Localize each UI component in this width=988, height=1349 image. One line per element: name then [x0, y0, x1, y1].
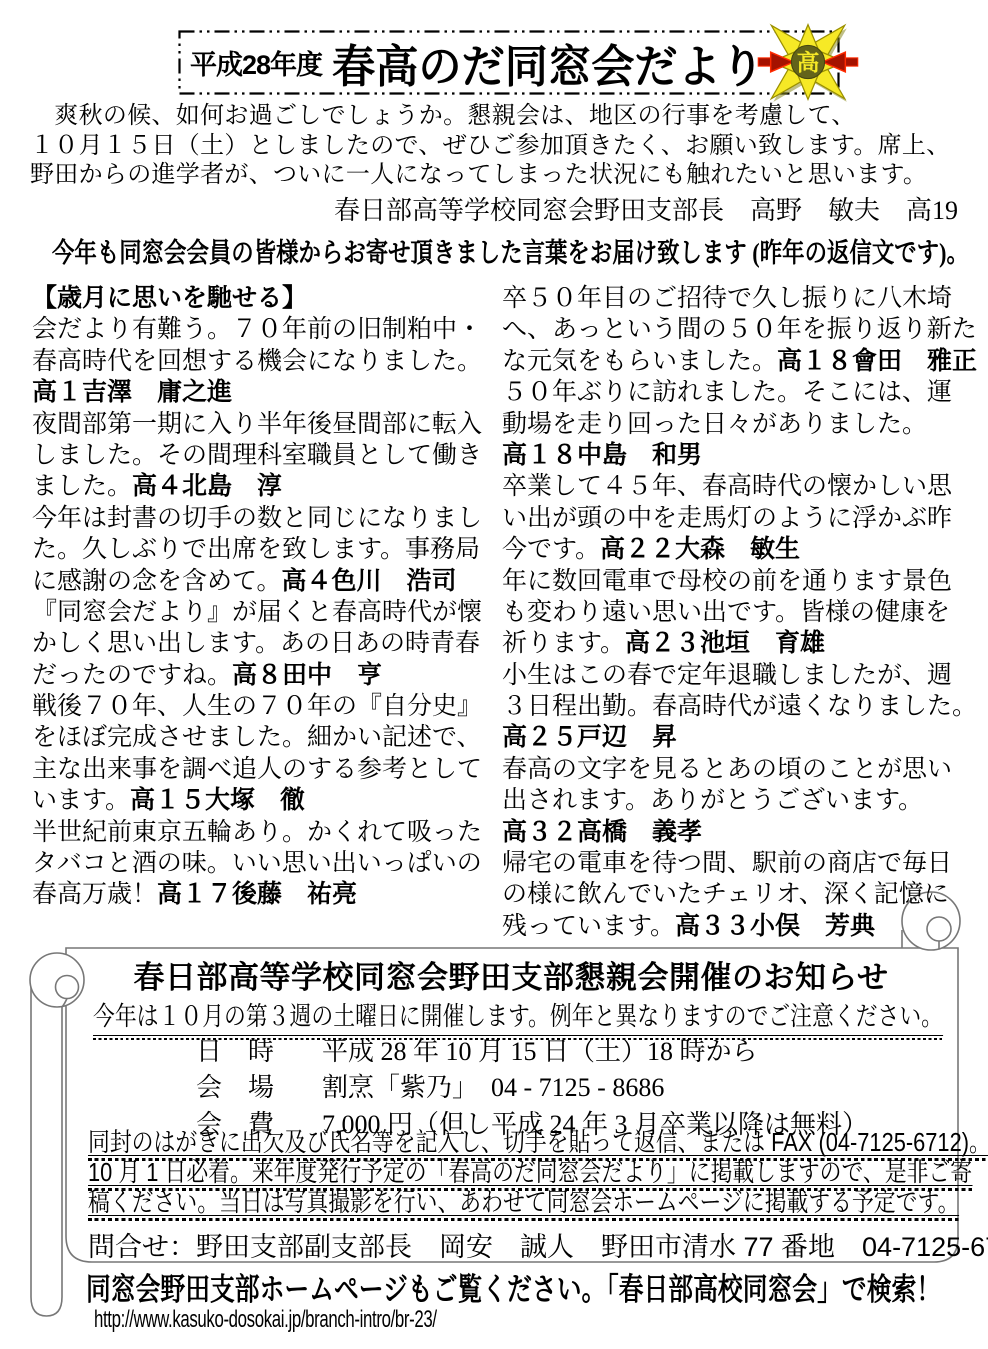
message-text: ３日程出勤。春高時代が遠くなりました。 — [502, 693, 977, 720]
column-line: 夜間部第一期に入り半年後昼間部に転入 — [32, 409, 492, 440]
message-text: ました。 — [32, 473, 132, 500]
reply-instructions: 同封のはがきに出欠及び氏名等を記入し、切手を貼って返信、または FAX (04-… — [88, 1130, 988, 1220]
message-text: た。久しぶりで出席を致します。事務局 — [32, 536, 480, 563]
reply-underlined-text: 10 月 1 日必着。来年度発行予定の「春高のだ同窓会だより」に掲載しますので、… — [88, 1160, 972, 1186]
greeting-line: 野田からの進学者が、ついに一人になってしまった状況にも触れたいと思います。 — [30, 161, 960, 191]
message-text: 主な出来事を調べ追人のする参考として — [32, 756, 482, 783]
signature-line: 春日部高等学校同窓会野田支部長 高野 敏夫 高19 — [30, 190, 958, 227]
column-line: ５０年ぶりに訪れました。そこには、運 — [502, 377, 962, 408]
column-line: かしく思い出します。あの日あの時青春 — [32, 628, 492, 659]
title-box: 平成28年度 春高のだ同窓会だより — [178, 30, 840, 95]
column-line: 祈ります。高２３池垣 育雄 — [502, 628, 962, 659]
column-line: 残っています。高３３小俣 芳典 — [502, 911, 962, 942]
message-text: 帰宅の電車を待つ間、駅前の商店で毎日 — [502, 850, 952, 877]
column-line: も変わり遠い思い出です。皆様の健康を — [502, 597, 962, 628]
scroll-left-curl — [30, 953, 84, 1007]
message-text: の様に飲んでいたチェリオ、深く記憶に — [502, 881, 949, 908]
alumnus-name: 高２３池垣 育雄 — [625, 630, 825, 657]
column-line: な元気をもらいました。高１８會田 雅正 — [502, 346, 962, 377]
alumnus-name: 【歳月に思いを馳せる】 — [32, 285, 307, 312]
column-line: 出されます。ありがとうございます。 — [502, 785, 962, 816]
column-line: た。久しぶりで出席を致します。事務局 — [32, 534, 492, 565]
column-line: 半世紀前東京五輪あり。かくれて吸った — [32, 817, 492, 848]
message-text: へ、あっという間の５０年を振り返り新た — [502, 316, 977, 343]
alumnus-name: 高８田中 亨 — [232, 662, 382, 689]
detail-row: 会 場割烹「紫乃」 04 - 7125 - 8686 — [196, 1068, 868, 1105]
subtitle-line: 今年も同窓会会員の皆様からお寄せ頂きました言葉をお届け致します (昨年の返信文で… — [52, 231, 969, 270]
column-line: 【歳月に思いを馳せる】 — [32, 283, 492, 314]
title-year: 平成28年度 — [190, 43, 322, 82]
alumnus-name: 高４北島 淳 — [132, 473, 282, 500]
event-details: 日 時平成 28 年 10 月 15 日（土）18 時から 会 場割烹「紫乃」 … — [196, 1031, 868, 1141]
reply-underlined-text: 同封のはがきに出欠及び氏名等を記入し、切手を貼って返信、または FAX (04-… — [88, 1130, 988, 1156]
alumnus-name: 高４色川 浩司 — [282, 568, 457, 595]
message-text: い出が頭の中を走馬灯のように浮かぶ昨 — [502, 505, 952, 532]
message-text: 春高時代を回想する機会になりました。 — [32, 348, 482, 375]
message-text: 卒５０年目のご招待で久し振りに八木埼 — [502, 285, 952, 312]
column-line: をほぼ完成させました。細かい記述で、 — [32, 722, 492, 753]
message-text: 春高万歳！ — [32, 881, 157, 908]
announcement-section: 春日部高等学校同窓会野田支部懇親会開催のお知らせ 今年は１０月の第３週の土曜日に… — [80, 949, 942, 1262]
detail-value: 平成 28 年 10 月 15 日（土）18 時から — [322, 1031, 758, 1068]
reply-instruction-line: 稿ください。当日は写真撮影を行い、あわせて同窓会ホームページに掲載する予定です。 — [88, 1190, 988, 1220]
detail-row: 日 時平成 28 年 10 月 15 日（土）18 時から — [196, 1031, 868, 1068]
column-line: 卒業して４５年、春高時代の懐かしい思 — [502, 471, 962, 502]
detail-value: 割烹「紫乃」 04 - 7125 - 8686 — [322, 1067, 664, 1104]
message-text: しました。その間理科室職員として働き — [32, 442, 482, 469]
message-text: 会だより有難う。７０年前の旧制粕中・ — [32, 316, 482, 343]
alumnus-name: 高２２大森 敏生 — [600, 536, 800, 563]
message-text: 半世紀前東京五輪あり。かくれて吸った — [32, 819, 482, 846]
column-line: 今です。高２２大森 敏生 — [502, 534, 962, 565]
alumnus-name: 高２５戸辺 昇 — [502, 724, 677, 751]
message-text: 今です。 — [502, 536, 600, 563]
message-text: 残っています。 — [502, 913, 675, 940]
column-line: ました。高４北島 淳 — [32, 471, 492, 502]
message-text: います。 — [32, 787, 130, 814]
alumnus-name: 高１５大塚 徹 — [130, 787, 305, 814]
column-line: 春高の文字を見るとあの頃のことが思い — [502, 754, 962, 785]
greeting-paragraph: 爽秋の候、如何お過ごしでしょうか。懇親会は、地区の行事を考慮して、 １０月１５日… — [30, 102, 960, 191]
message-text: な元気をもらいました。 — [502, 348, 777, 375]
column-line: 春高万歳！高１７後藤 祐亮 — [32, 879, 492, 910]
contact-line: 問合せ：野田支部副支部長 岡安 誠人 野田市清水 77 番地 04-7125-6… — [88, 1225, 988, 1264]
detail-label: 日 時 — [196, 1031, 288, 1068]
column-line: だったのですね。高８田中 亨 — [32, 660, 492, 691]
message-text: 小生はこの春で定年退職しましたが、週 — [502, 662, 952, 689]
column-line: 主な出来事を調べ追人のする参考として — [32, 754, 492, 785]
homepage-url: http://www.kasuko-dosokai.jp/branch-intr… — [94, 1306, 437, 1334]
column-line: 小生はこの春で定年退職しましたが、週 — [502, 660, 962, 691]
homepage-note: 同窓会野田支部ホームページもご覧ください。「春日部高校同窓会」で検索！ — [86, 1264, 941, 1309]
message-text: ５０年ぶりに訪れました。そこには、運 — [502, 379, 952, 406]
greeting-line: １０月１５日（土）としましたので、ぜひご参加頂きたく、お願い致します。席上、 — [30, 132, 960, 162]
column-line: 高１吉澤 庸之進 — [32, 377, 492, 408]
badge-kanji: 高 — [797, 49, 820, 75]
column-line: 戦後７０年、人生の７０年の『自分史』 — [32, 691, 492, 722]
scroll-left-curl-inner — [56, 976, 79, 999]
newsletter-page: 平成28年度 春高のだ同窓会だより 高 爽秋の候、如何お過ごしでしょうか。懇親会… — [0, 0, 988, 1349]
column-line: 会だより有難う。７０年前の旧制粕中・ — [32, 314, 492, 345]
column-line: 動場を走り回った日々がありました。 — [502, 409, 962, 440]
reply-instruction-line: 10 月 1 日必着。来年度発行予定の「春高のだ同窓会だより」に掲載しますので、… — [88, 1160, 988, 1190]
message-text: も変わり遠い思い出です。皆様の健康を — [502, 599, 950, 626]
column-line: の様に飲んでいたチェリオ、深く記憶に — [502, 879, 962, 910]
alumnus-name: 高３３小俣 芳典 — [675, 913, 875, 940]
column-line: 高３２高橋 義孝 — [502, 817, 962, 848]
column-line: 高１８中島 和男 — [502, 440, 962, 471]
column-line: 帰宅の電車を待つ間、駅前の商店で毎日 — [502, 848, 962, 879]
reply-instruction-line: 同封のはがきに出欠及び氏名等を記入し、切手を貼って返信、または FAX (04-… — [88, 1130, 988, 1160]
column-line: に感謝の念を含めて。高４色川 浩司 — [32, 566, 492, 597]
message-text: 今年は封書の切手の数と同じになりまし — [32, 505, 482, 532]
message-text: タバコと酒の味。いい思い出いっぱいの — [32, 850, 482, 877]
column-line: 『同窓会だより』が届くと春高時代が懐 — [32, 597, 492, 628]
message-text: 『同窓会だより』が届くと春高時代が懐 — [32, 599, 482, 626]
alumnus-name: 高１７後藤 祐亮 — [157, 881, 357, 908]
alumnus-name: 高１８中島 和男 — [502, 442, 702, 469]
message-text: 動場を走り回った日々がありました。 — [502, 411, 927, 438]
alumnus-name: 高１吉澤 庸之進 — [32, 379, 232, 406]
message-text: かしく思い出します。あの日あの時青春 — [32, 630, 480, 657]
message-text: だったのですね。 — [32, 662, 232, 689]
scroll-left-roll — [31, 983, 62, 1316]
column-line: 春高時代を回想する機会になりました。 — [32, 346, 492, 377]
alumnus-name: 高１８會田 雅正 — [777, 348, 977, 375]
detail-label: 会 場 — [196, 1067, 288, 1104]
message-text: をほぼ完成させました。細かい記述で、 — [32, 724, 482, 751]
alumnus-name: 高３２高橋 義孝 — [502, 819, 702, 846]
column-left: 【歳月に思いを馳せる】 会だより有難う。７０年前の旧制粕中・ 春高時代を回想する… — [32, 283, 492, 911]
message-text: に感謝の念を含めて。 — [32, 568, 282, 595]
column-right: 卒５０年目のご招待で久し振りに八木埼 へ、あっという間の５０年を振り返り新た な… — [502, 283, 962, 942]
message-text: 戦後７０年、人生の７０年の『自分史』 — [32, 693, 482, 720]
message-text: 出されます。ありがとうございます。 — [502, 787, 923, 814]
message-text: 年に数回電車で母校の前を通ります景色 — [502, 568, 952, 595]
column-line: タバコと酒の味。いい思い出いっぱいの — [32, 848, 492, 879]
announcement-title: 春日部高等学校同窓会野田支部懇親会開催のお知らせ — [80, 952, 942, 997]
column-line: い出が頭の中を走馬灯のように浮かぶ昨 — [502, 503, 962, 534]
reply-underlined-text: 稿ください。当日は写真撮影を行い、あわせて同窓会ホームページに掲載する予定です。 — [88, 1190, 959, 1216]
column-line: 年に数回電車で母校の前を通ります景色 — [502, 566, 962, 597]
column-line: います。高１５大塚 徹 — [32, 785, 492, 816]
column-line: へ、あっという間の５０年を振り返り新た — [502, 314, 962, 345]
page-title: 春高のだ同窓会だより — [332, 30, 764, 95]
message-text: 春高の文字を見るとあの頃のことが思い — [502, 756, 952, 783]
message-text: 祈ります。 — [502, 630, 625, 657]
column-line: 卒５０年目のご招待で久し振りに八木埼 — [502, 283, 962, 314]
column-line: しました。その間理科室職員として働き — [32, 440, 492, 471]
message-text: 夜間部第一期に入り半年後昼間部に転入 — [32, 411, 482, 438]
message-text: 卒業して４５年、春高時代の懐かしい思 — [502, 473, 952, 500]
column-line: 高２５戸辺 昇 — [502, 722, 962, 753]
column-line: 今年は封書の切手の数と同じになりまし — [32, 503, 492, 534]
school-emblem-badge: 高 — [752, 10, 864, 114]
column-line: ３日程出勤。春高時代が遠くなりました。 — [502, 691, 962, 722]
